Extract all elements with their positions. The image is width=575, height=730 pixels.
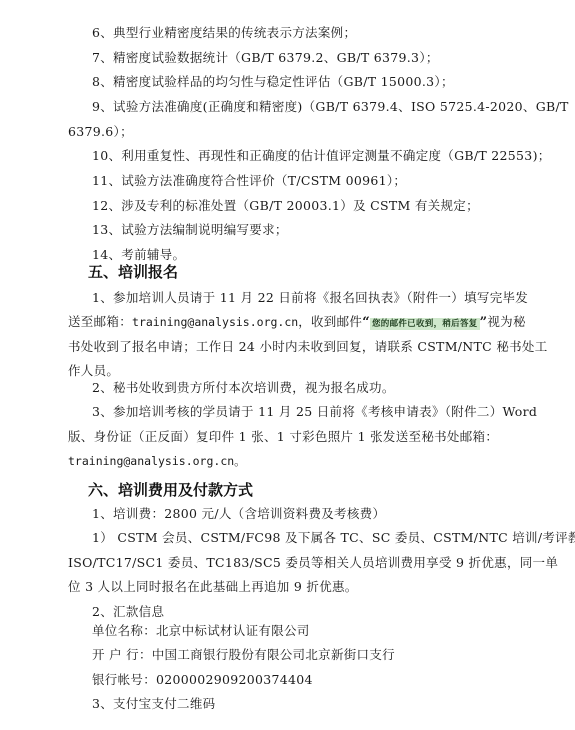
- list-item-12: 12、涉及专利的标准处置（GB/T 20003.1）及 CSTM 有关规定；: [92, 198, 479, 214]
- registration-para-1-line-4: 作人员。: [68, 363, 119, 379]
- list-item-14: 14、考前辅导。: [92, 247, 185, 263]
- quote-open: “: [362, 315, 370, 330]
- list-item-10: 10、利用重复性、再现性和正确度的估计值评定测量不确定度（GB/T 22553)…: [92, 148, 551, 164]
- remittance-title: 2、汇款信息: [92, 604, 164, 620]
- registration-email-link[interactable]: training@analysis.org.cn。: [68, 453, 246, 469]
- registration-para-3-line-1: 3、参加培训考核的学员请于 11 月 25 日前将《考核申请表》（附件二）Wor…: [92, 404, 480, 420]
- list-item-9: 9、试验方法准确度(正确度和精密度)（GB/T 6379.4、ISO 5725.…: [92, 99, 569, 115]
- registration-para-1-line-1: 1、参加培训人员请于 11 月 22 日前将《报名回执表》（附件一）填写完毕发: [92, 290, 480, 306]
- text-received-mail: ，收到邮件: [298, 314, 362, 329]
- email-link[interactable]: training@analysis.org.cn: [132, 315, 298, 329]
- document-page: 6、典型行业精密度结果的传统表示方法案例； 7、精密度试验数据统计（GB/T 6…: [0, 0, 575, 730]
- list-item-8: 8、精密度试验样品的均匀性与稳定性评估（GB/T 15000.3）；: [92, 74, 454, 90]
- registration-para-1-line-2: 送至邮箱：training@analysis.org.cn，收到邮件“您的邮件已…: [68, 314, 526, 332]
- section-heading-registration: 五、培训报名: [88, 262, 178, 282]
- discount-line-1: 1） CSTM 会员、CSTM/FC98 及下属各 TC、SC 委员、CSTM/…: [92, 530, 480, 546]
- discount-line-3: 位 3 人以上同时报名在此基础上再追加 9 折优惠。: [68, 579, 358, 595]
- company-name: 单位名称：北京中标试材认证有限公司: [92, 623, 310, 639]
- list-item-11: 11、试验方法准确度符合性评价（T/CSTM 00961）；: [92, 173, 406, 189]
- bank-account: 银行帐号：0200002909200374404: [92, 672, 313, 688]
- list-item-9-cont: 6379.6）；: [68, 124, 133, 140]
- label-send-to-email: 送至邮箱：: [68, 314, 132, 329]
- text-considered: 视为秘: [487, 314, 525, 329]
- fee-line: 1、培训费：2800 元/人（含培训资料费及考核费）: [92, 506, 385, 522]
- registration-para-1-line-3: 书处收到了报名申请；工作日 24 小时内未收到回复，请联系 CSTM/NTC 秘…: [68, 339, 480, 355]
- highlighted-auto-reply-text: 您的邮件已收到，稍后答复: [370, 318, 480, 330]
- registration-para-2: 2、秘书处收到贵方所付本次培训费，视为报名成功。: [92, 380, 395, 396]
- list-item-7: 7、精密度试验数据统计（GB/T 6379.2、GB/T 6379.3）；: [92, 50, 439, 66]
- bank-name: 开 户 行：中国工商银行股份有限公司北京新街口支行: [92, 647, 395, 663]
- list-item-6: 6、典型行业精密度结果的传统表示方法案例；: [92, 25, 356, 41]
- alipay-qr-title: 3、支付宝支付二维码: [92, 696, 215, 712]
- section-heading-fees: 六、培训费用及付款方式: [88, 480, 253, 500]
- list-item-13: 13、试验方法编制说明编写要求；: [92, 222, 288, 238]
- discount-line-2: ISO/TC17/SC1 委员、TC183/SC5 委员等相关人员培训费用享受 …: [68, 555, 480, 571]
- registration-para-3-line-2: 版、身份证（正反面）复印件 1 张、1 寸彩色照片 1 张发送至秘书处邮箱：: [68, 429, 480, 445]
